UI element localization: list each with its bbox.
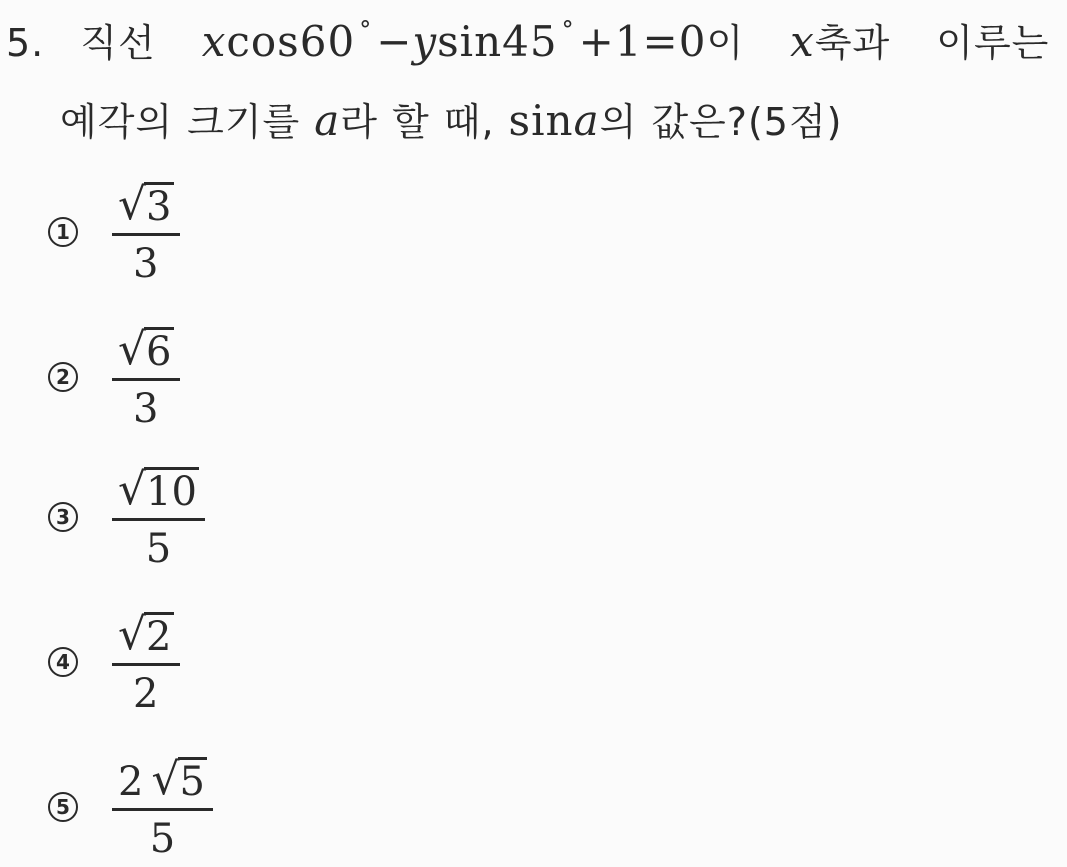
choice-3[interactable]: 3 √ 10 5	[48, 465, 205, 569]
text-acute-angle: 예각의	[60, 100, 173, 144]
choice-2[interactable]: 2 √ 6 3	[48, 325, 180, 429]
denominator: 5	[150, 811, 175, 859]
math-minus: −	[376, 17, 412, 66]
numerator: 2 √ 5	[112, 755, 213, 808]
question-line-2: 예각의크기를a라할때,sina의값은?(5점)	[60, 100, 842, 142]
text-axis-with: 축과	[815, 21, 890, 65]
text-value: 값은?	[651, 100, 748, 144]
choice-number-4: 4	[48, 647, 78, 677]
choice-4[interactable]: 4 √ 2 2	[48, 610, 180, 714]
fraction: √ 2 2	[112, 610, 180, 714]
text-ttae: 때,	[444, 100, 495, 144]
numerator: √ 2	[112, 610, 180, 663]
math-plus-one-equals-zero: +1=0	[579, 17, 707, 66]
choice-number-2: 2	[48, 362, 78, 392]
particle-i: 이	[706, 21, 744, 65]
sqrt-icon: √	[151, 758, 179, 802]
sqrt-icon: √	[118, 468, 146, 512]
question-number: 5.	[6, 21, 44, 65]
sqrt-icon: √	[118, 183, 146, 227]
text-ui: 의	[600, 100, 638, 144]
square-root: √ 2	[118, 610, 174, 657]
question-text-line: 직선	[80, 21, 155, 65]
choice-5[interactable]: 5 2 √ 5 5	[48, 755, 213, 859]
choice-number-1: 1	[48, 217, 78, 247]
square-root: √ 6	[118, 325, 174, 372]
variable-x: x	[790, 17, 815, 66]
numerator: √ 10	[112, 465, 205, 518]
degree-symbol: °	[359, 16, 372, 44]
sqrt-icon: √	[118, 613, 146, 657]
radicand: 2	[144, 612, 173, 657]
math-sin45: sin45	[437, 17, 557, 66]
variable-a: a	[574, 96, 600, 145]
denominator: 2	[133, 666, 158, 714]
choice-number-5: 5	[48, 792, 78, 822]
question-line-1: 5.직선xcos60°−ysin45°+1=0이x축과이루는	[6, 18, 1049, 63]
exam-question-page: 5.직선xcos60°−ysin45°+1=0이x축과이루는 예각의크기를a라할…	[0, 0, 1067, 867]
choice-number-3: 3	[48, 502, 78, 532]
fraction: √ 3 3	[112, 180, 180, 284]
variable-a: a	[314, 96, 340, 145]
math-cos60: cos60	[226, 17, 355, 66]
radicand: 6	[144, 327, 173, 372]
numerator: √ 6	[112, 325, 180, 378]
coefficient: 2	[118, 762, 143, 802]
fraction: √ 6 3	[112, 325, 180, 429]
radicand: 5	[178, 757, 207, 802]
radicand: 3	[144, 182, 173, 227]
text-hal: 할	[392, 100, 430, 144]
variable-x: x	[202, 17, 227, 66]
denominator: 3	[133, 381, 158, 429]
square-root: √ 10	[118, 465, 199, 512]
text-forms: 이루는	[936, 21, 1049, 65]
denominator: 5	[146, 521, 171, 569]
points-label: (5점)	[748, 100, 843, 144]
square-root: √ 5	[151, 755, 207, 802]
choice-1[interactable]: 1 √ 3 3	[48, 180, 180, 284]
square-root: √ 3	[118, 180, 174, 227]
numerator: √ 3	[112, 180, 180, 233]
radicand: 10	[144, 467, 199, 512]
denominator: 3	[133, 236, 158, 284]
text-ra: 라	[340, 100, 378, 144]
fraction: √ 10 5	[112, 465, 205, 569]
degree-symbol: °	[562, 16, 575, 44]
variable-y: y	[412, 17, 437, 66]
math-sin: sin	[509, 96, 574, 145]
fraction: 2 √ 5 5	[112, 755, 213, 859]
sqrt-icon: √	[118, 328, 146, 372]
text-size: 크기를	[187, 100, 300, 144]
